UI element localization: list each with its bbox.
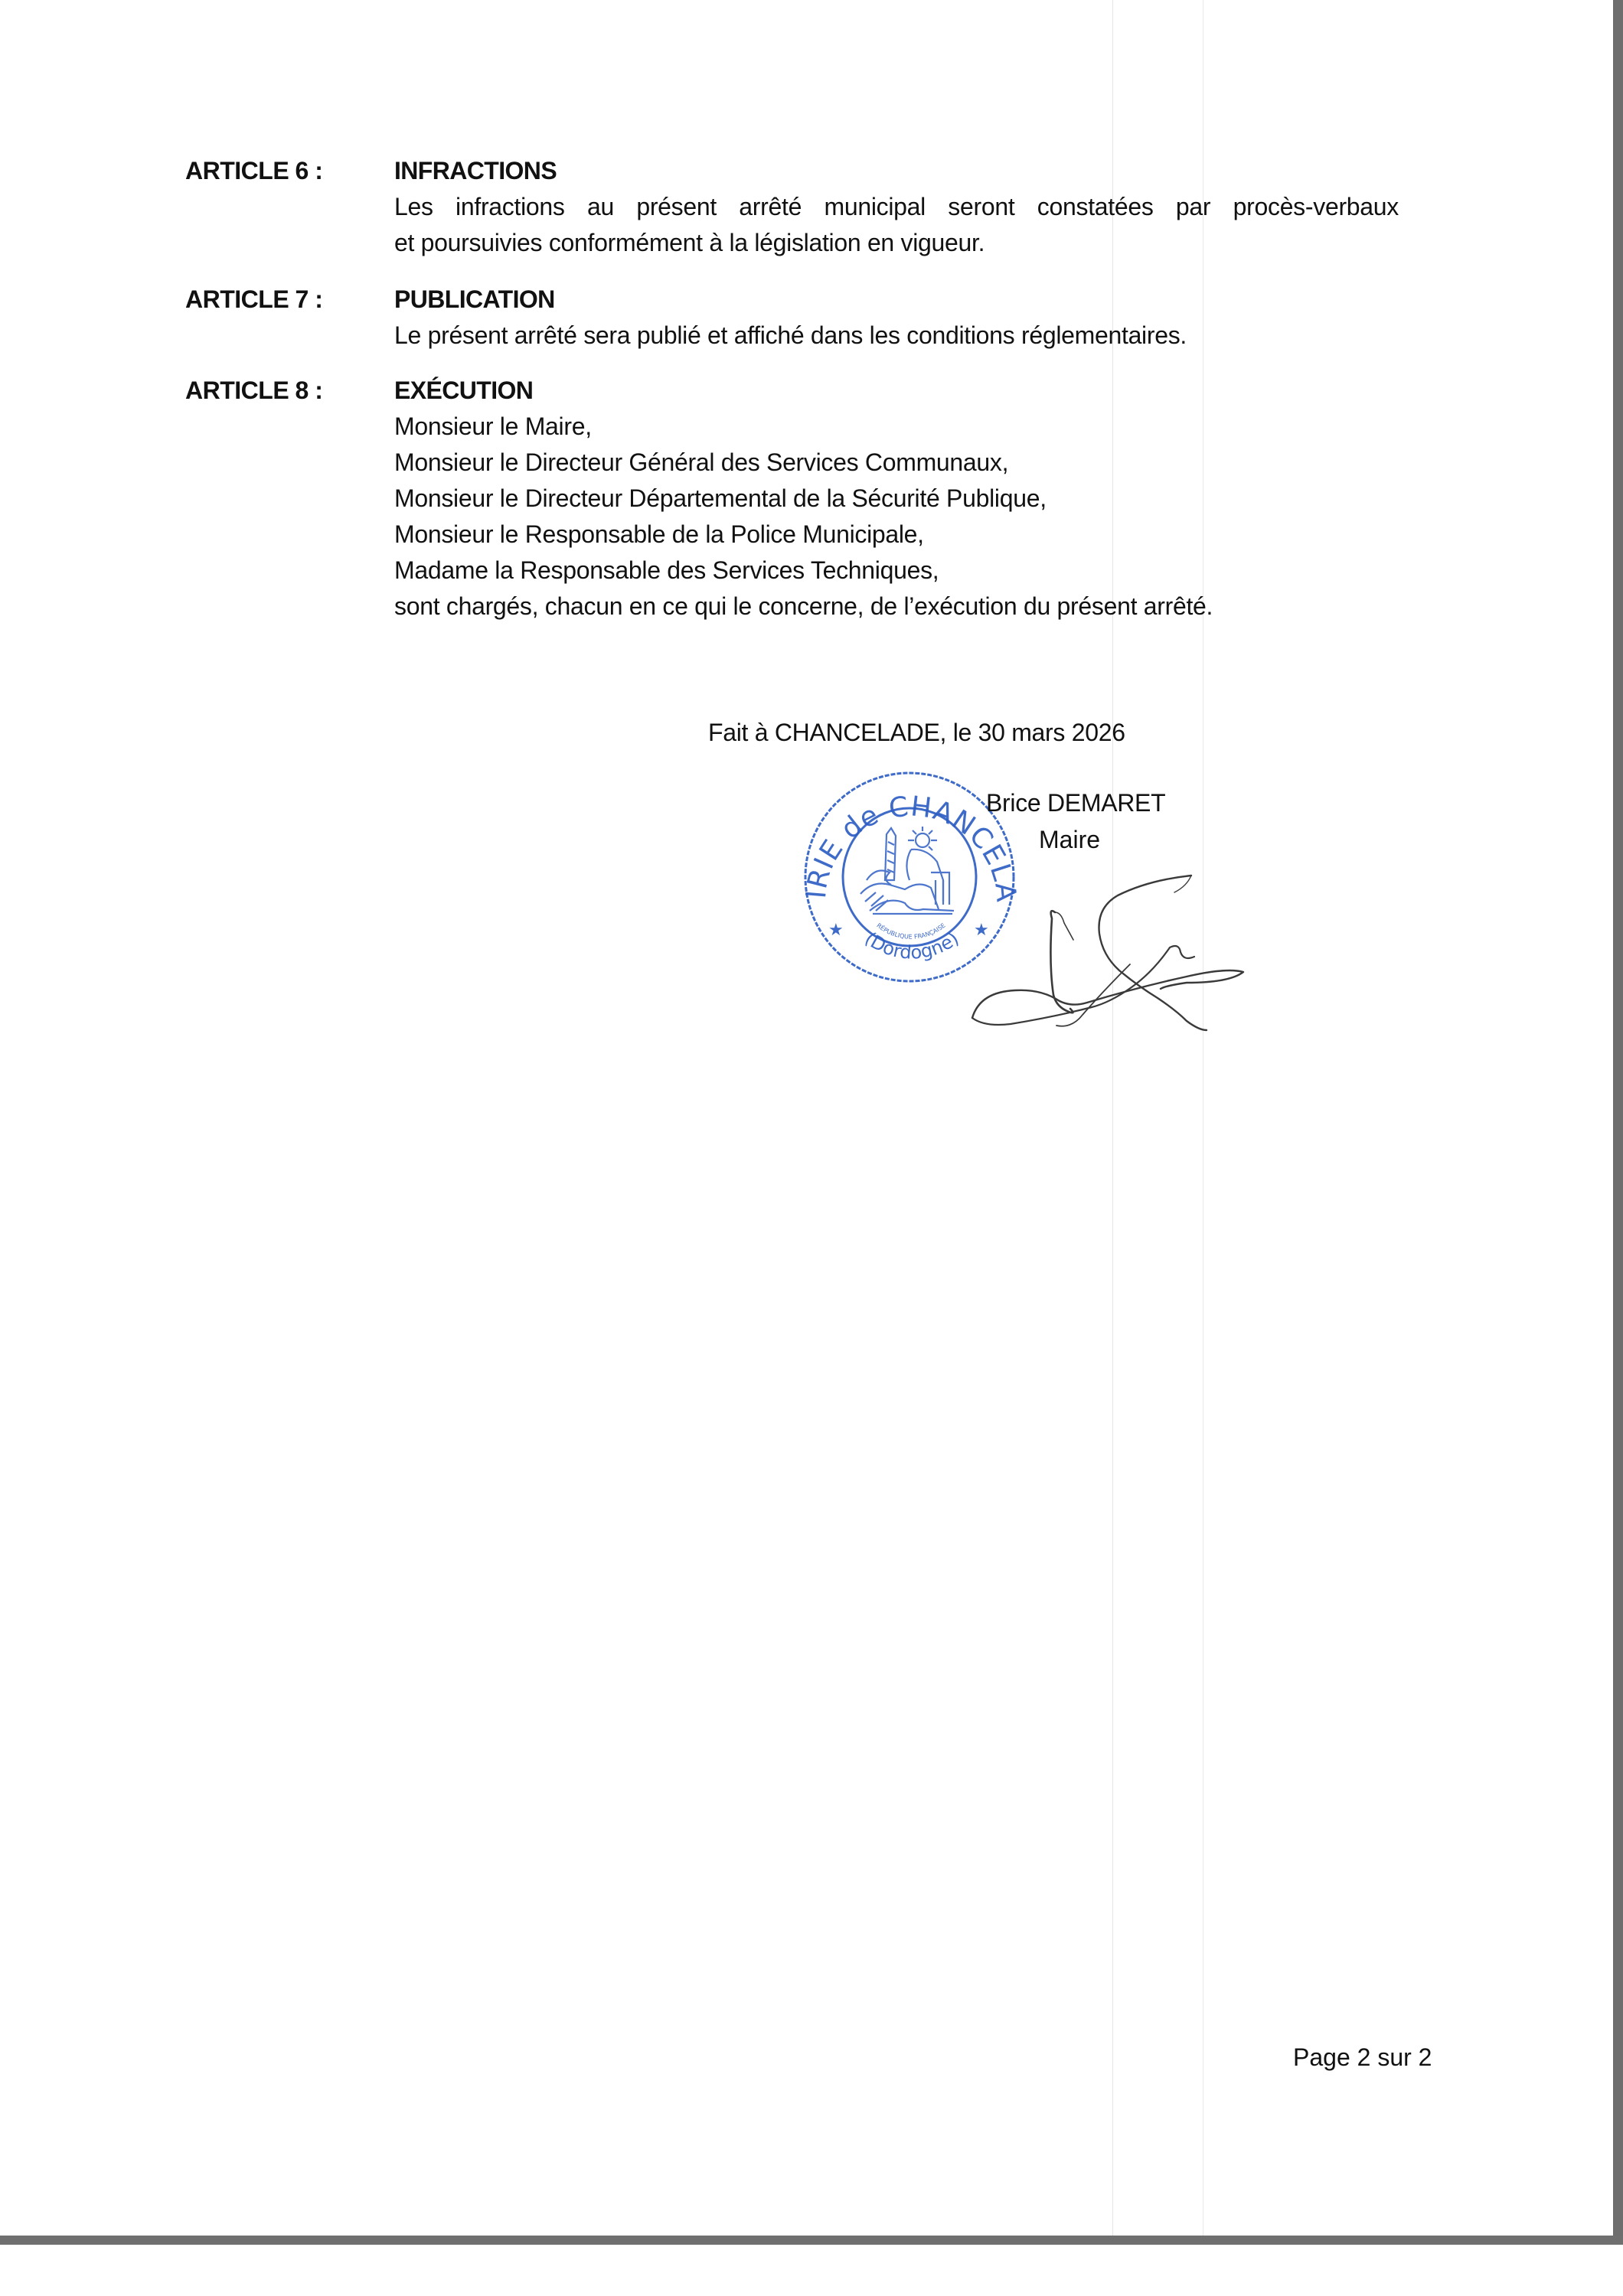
article-text-line: Monsieur le Responsable de la Police Mun… bbox=[394, 517, 1399, 553]
article-label: ARTICLE 7 : bbox=[185, 282, 322, 318]
article-text-line: et poursuivies conformément à la législa… bbox=[394, 225, 1399, 261]
article-text-line: Monsieur le Maire, bbox=[394, 409, 1399, 445]
page-number: Page 2 sur 2 bbox=[1293, 2040, 1432, 2076]
article-title: INFRACTIONS bbox=[394, 153, 1399, 189]
svg-text:★: ★ bbox=[828, 921, 844, 940]
article-body: EXÉCUTION Monsieur le Maire, Monsieur le… bbox=[394, 373, 1399, 625]
handwritten-signature-icon bbox=[957, 857, 1263, 1049]
article-text-line: Madame la Responsable des Services Techn… bbox=[394, 553, 1399, 589]
svg-text:(Dordogne): (Dordogne) bbox=[860, 928, 962, 964]
article-body: INFRACTIONS Les infractions au présent a… bbox=[394, 153, 1399, 261]
document-page: ARTICLE 6 : INFRACTIONS Les infractions … bbox=[0, 0, 1613, 2236]
article-title: PUBLICATION bbox=[394, 282, 1399, 318]
scan-border-bottom bbox=[0, 2236, 1623, 2245]
article-text-line: Monsieur le Directeur Départemental de l… bbox=[394, 481, 1399, 517]
article-text-line: Monsieur le Directeur Général des Servic… bbox=[394, 445, 1399, 481]
article-text-line: Les infractions au présent arrêté munici… bbox=[394, 189, 1399, 225]
scan-border-right bbox=[1613, 0, 1623, 2245]
signer-name: Brice DEMARET bbox=[986, 785, 1165, 821]
article-title: EXÉCUTION bbox=[394, 373, 1399, 409]
article-text-line: sont chargés, chacun en ce qui le concer… bbox=[394, 589, 1399, 625]
article-text-line: Le présent arrêté sera publié et affiché… bbox=[394, 318, 1399, 354]
article-label: ARTICLE 6 : bbox=[185, 153, 322, 189]
article-label: ARTICLE 8 : bbox=[185, 373, 322, 409]
signer-title: Maire bbox=[1039, 822, 1100, 858]
article-body: PUBLICATION Le présent arrêté sera publi… bbox=[394, 282, 1399, 354]
place-and-date: Fait à CHANCELADE, le 30 mars 2026 bbox=[708, 715, 1125, 751]
